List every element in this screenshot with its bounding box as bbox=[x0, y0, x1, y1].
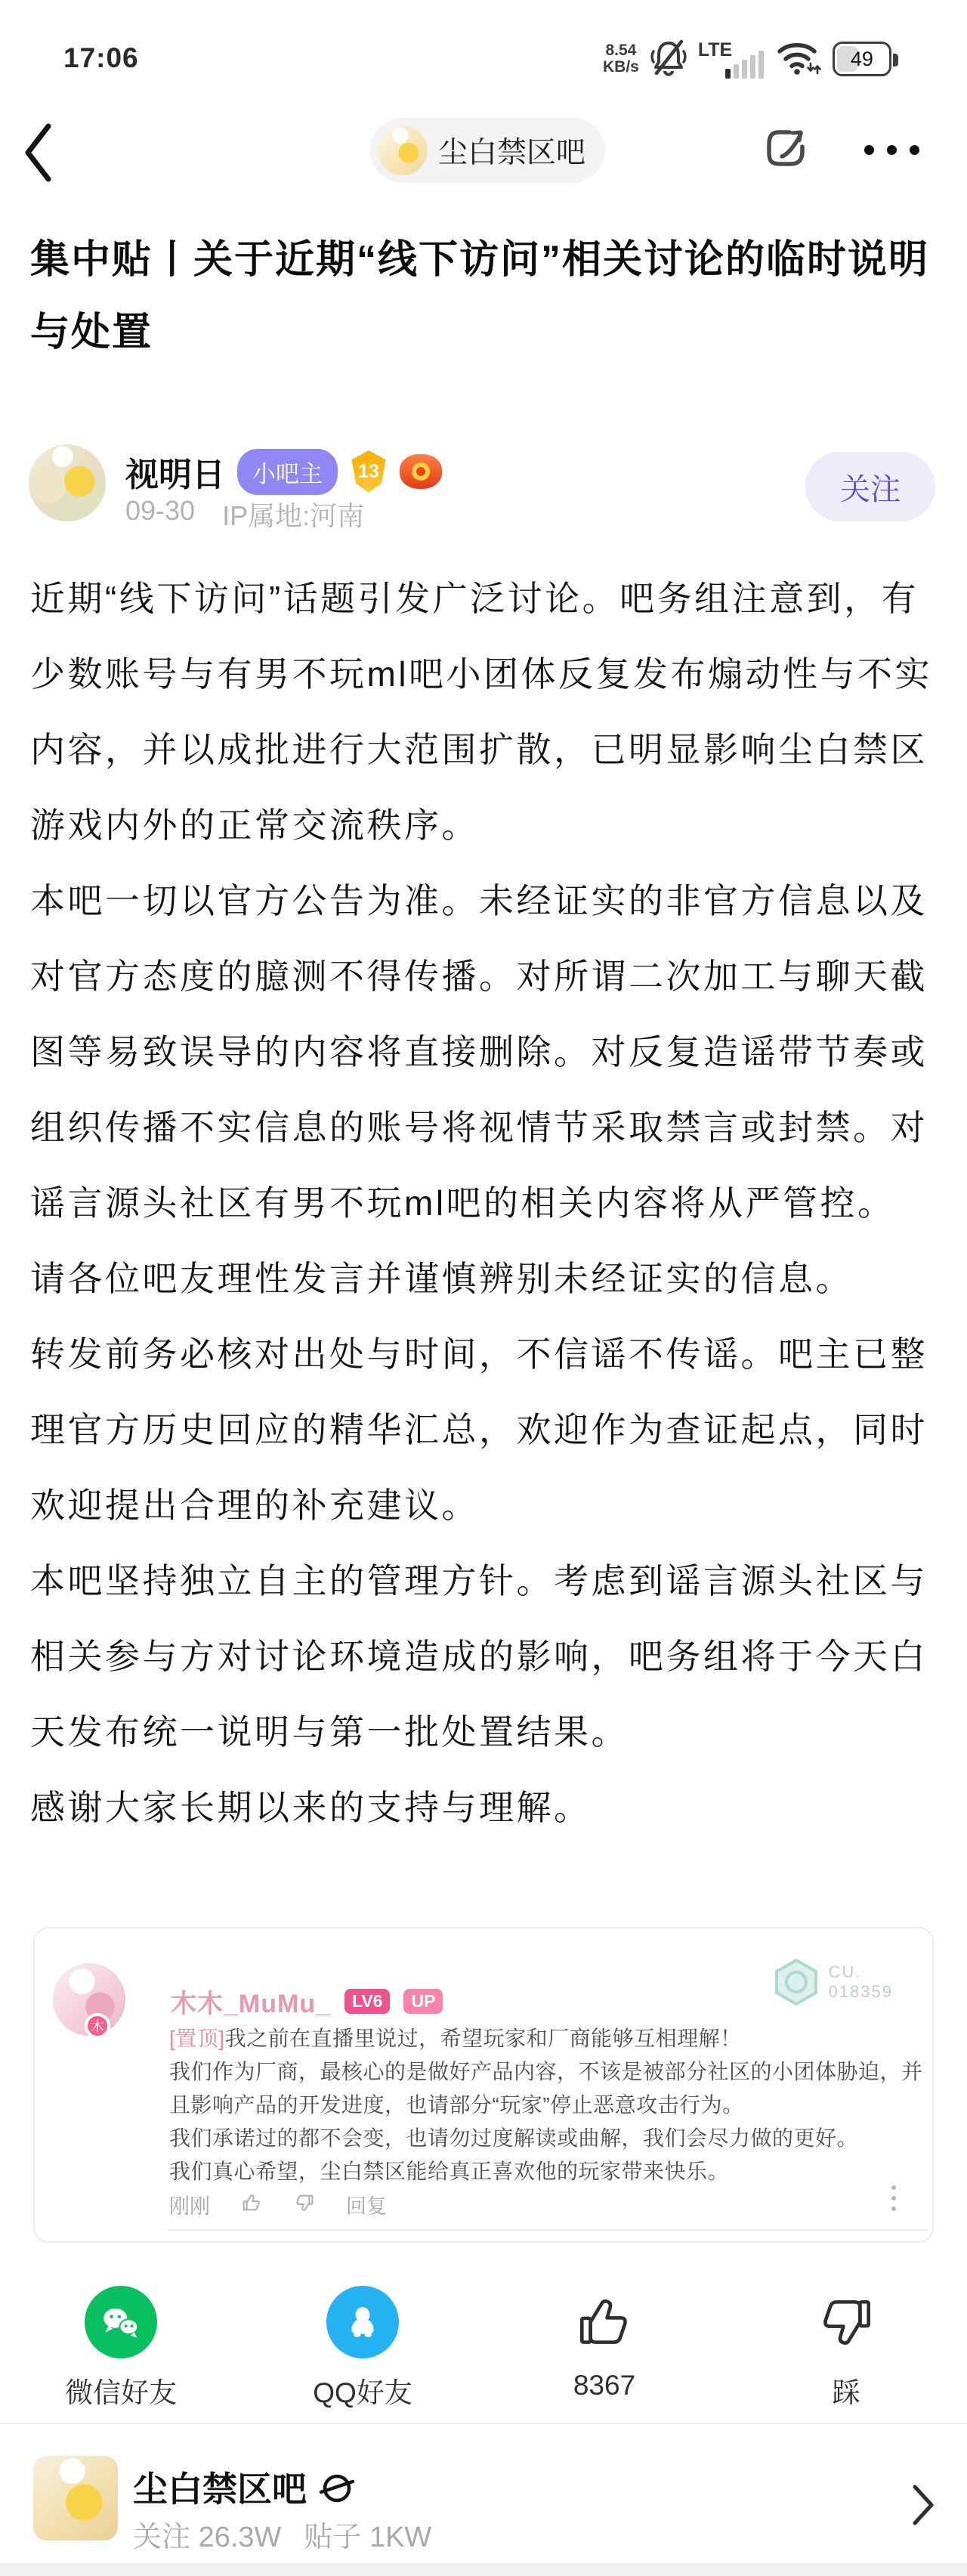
forum-entry[interactable]: 尘白禁区吧 bbox=[133, 2462, 355, 2512]
post-title: 集中贴丨关于近期“线下访问”相关讨论的临时说明与处置 bbox=[30, 224, 941, 369]
dislike-action[interactable]: 踩 bbox=[725, 2285, 967, 2411]
paragraph: 转发前务必核对出处与时间，不信谣不传谣。吧主已整理官方历史回应的精华汇总，欢迎作… bbox=[30, 1316, 941, 1543]
quote-timestamp: 刚刚 bbox=[169, 2190, 210, 2219]
pinned-tag: [置顶] bbox=[169, 2027, 225, 2050]
quote-footer: 刚刚 回复 bbox=[169, 2190, 387, 2219]
share-qq[interactable]: QQ好友 bbox=[242, 2285, 483, 2411]
cellular-signal: LTE bbox=[698, 38, 765, 80]
like-action[interactable]: 8367 bbox=[483, 2285, 725, 2411]
ip-location: IP属地:河南 bbox=[222, 495, 364, 533]
forum-stats: 关注 26.3W 贴子 1KW bbox=[133, 2513, 431, 2555]
thumbs-down-icon bbox=[814, 2290, 879, 2355]
quote-author-name: 木木_MuMu_ bbox=[171, 1983, 331, 2020]
post-body: 近期“线下访问”话题引发广泛讨论。吧务组注意到，有少数账号与有男不玩ml吧小团体… bbox=[30, 561, 941, 1845]
quote-like-icon[interactable] bbox=[240, 2191, 263, 2218]
watermark-text: CU. 018359 bbox=[829, 1962, 893, 2002]
share-wechat[interactable]: 微信好友 bbox=[0, 2285, 242, 2411]
forum-posts-stat: 贴子 1KW bbox=[304, 2513, 431, 2555]
quoted-screenshot-card[interactable]: 木 木木_MuMu_ LV6 UP CU. 018359 [置顶]我之前在直播里… bbox=[33, 1927, 934, 2243]
quote-text: [置顶]我之前在直播里说过，希望玩家和厂商能够互相理解！ 我们作为厂商，最核心的… bbox=[169, 2022, 926, 2188]
paragraph: 本吧一切以官方公告为准。未经证实的非官方信息以及对官方态度的臆测不得传播。对所谓… bbox=[30, 863, 941, 1241]
quote-dislike-icon[interactable] bbox=[293, 2191, 316, 2218]
author-name[interactable]: 视明日 bbox=[125, 447, 225, 496]
quote-line: 我们作为厂商，最核心的是做好产品内容，不该是被部分社区的小团体胁迫，并且影响产品… bbox=[169, 2055, 926, 2122]
more-menu-icon[interactable] bbox=[864, 145, 919, 155]
forum-avatar[interactable] bbox=[33, 2456, 118, 2540]
battery-level: 49 bbox=[835, 44, 889, 74]
watermark-line2: 018359 bbox=[829, 1982, 893, 2002]
network-speed-value: 8.54 bbox=[603, 42, 639, 59]
quote-line: 我们承诺过的都不会变，也请勿过度解读或曲解，我们会尽力做的更好。 bbox=[169, 2122, 926, 2155]
battery-icon: 49 bbox=[833, 42, 891, 76]
level-number: 13 bbox=[358, 461, 379, 483]
watermark-line1: CU. bbox=[829, 1962, 893, 1982]
forum-follow-stat: 关注 26.3W bbox=[133, 2513, 281, 2555]
gesture-bar-area bbox=[0, 2563, 967, 2576]
signal-bars-icon bbox=[725, 50, 765, 79]
paragraph: 本吧坚持独立自主的管理方针。考虑到谣言源头社区与相关参与方对讨论环境造成的影响，… bbox=[30, 1543, 941, 1770]
quote-more-icon[interactable] bbox=[891, 2185, 896, 2211]
chevron-right-icon[interactable] bbox=[911, 2483, 935, 2531]
watermark: CU. 018359 bbox=[773, 1957, 893, 2007]
wechat-label: 微信好友 bbox=[65, 2370, 177, 2411]
quote-line: 我们真心希望，尘白禁区能给真正喜欢他的玩家带来快乐。 bbox=[169, 2155, 926, 2188]
moderator-badge: 小吧主 bbox=[237, 449, 338, 495]
quote-author-row: 木木_MuMu_ LV6 UP bbox=[171, 1983, 443, 2020]
tieba-circle-slash-icon bbox=[319, 2469, 355, 2505]
qq-label: QQ好友 bbox=[313, 2370, 412, 2411]
back-button[interactable] bbox=[21, 121, 54, 188]
like-count: 8367 bbox=[573, 2370, 635, 2401]
paragraph: 请各位吧友理性发言并谨慎辨别未经证实的信息。 bbox=[30, 1241, 941, 1316]
compose-icon[interactable] bbox=[762, 124, 810, 176]
status-time: 17:06 bbox=[63, 42, 139, 74]
forum-pill-label: 尘白禁区吧 bbox=[438, 129, 585, 172]
gamepad-achievement-icon bbox=[400, 454, 442, 489]
battery-nub bbox=[893, 54, 898, 66]
section-divider bbox=[0, 2423, 967, 2424]
paragraph: 近期“线下访问”话题引发广泛讨论。吧务组注意到，有少数账号与有男不玩ml吧小团体… bbox=[30, 561, 941, 863]
post-date: 09-30 bbox=[125, 495, 195, 533]
qq-icon bbox=[326, 2286, 399, 2358]
quote-reply-link[interactable]: 回复 bbox=[346, 2190, 387, 2219]
paragraph: 感谢大家长期以来的支持与理解。 bbox=[30, 1770, 941, 1845]
network-speed: 8.54 KB/s bbox=[603, 42, 639, 76]
forum-name: 尘白禁区吧 bbox=[133, 2462, 307, 2512]
quote-avatar-badge: 木 bbox=[85, 2013, 110, 2039]
author-avatar[interactable] bbox=[29, 444, 106, 521]
network-speed-unit: KB/s bbox=[603, 59, 639, 76]
quote-level-badge: LV6 bbox=[344, 1989, 390, 2014]
share-bar: 微信好友 QQ好友 8367 bbox=[0, 2285, 967, 2411]
status-icons: 8.54 KB/s LTE bbox=[603, 36, 920, 82]
quote-line: [置顶]我之前在直播里说过，希望玩家和厂商能够互相理解！ bbox=[169, 2022, 926, 2055]
quote-divider bbox=[168, 2229, 928, 2231]
quote-up-badge: UP bbox=[403, 1989, 443, 2014]
watermark-logo-icon bbox=[773, 1957, 820, 2007]
thumbs-up-icon bbox=[572, 2290, 637, 2355]
forum-avatar-small bbox=[378, 125, 428, 175]
wifi-icon bbox=[776, 39, 821, 80]
follow-button[interactable]: 关注 bbox=[805, 452, 935, 521]
author-row: 视明日 小吧主 13 bbox=[125, 449, 442, 494]
post-meta: 09-30 IP属地:河南 bbox=[125, 495, 364, 533]
forum-pill[interactable]: 尘白禁区吧 bbox=[370, 118, 605, 183]
level-badge: 13 bbox=[350, 450, 388, 493]
wechat-icon bbox=[85, 2286, 157, 2358]
tieba-post-page: 17:06 8.54 KB/s LTE bbox=[0, 0, 967, 2576]
mute-bell-icon bbox=[650, 38, 687, 81]
dislike-label: 踩 bbox=[833, 2370, 860, 2411]
